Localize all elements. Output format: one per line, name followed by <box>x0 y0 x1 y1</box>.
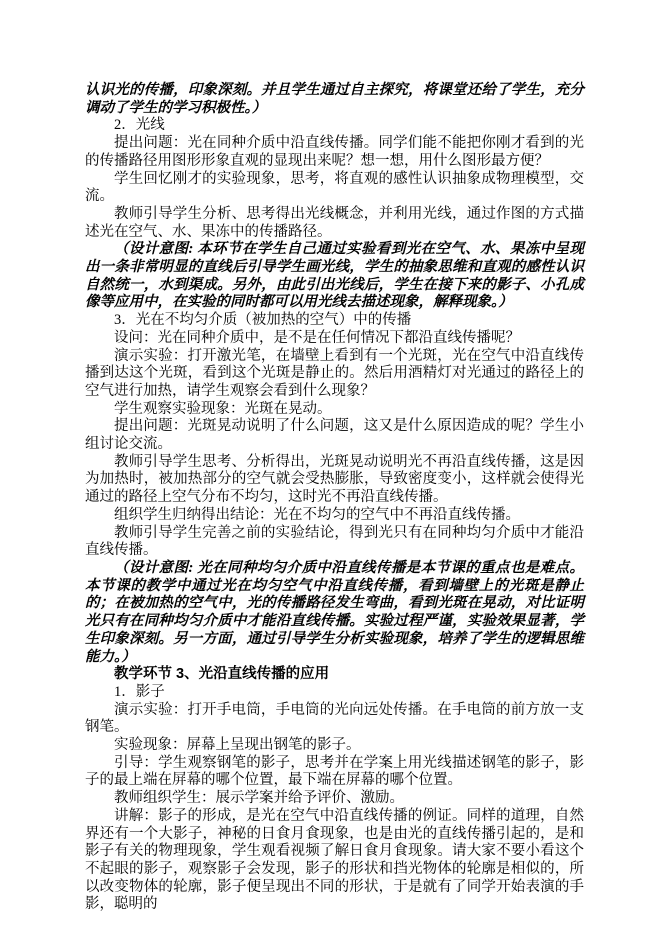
para-teacher-guide-ray-concept: 教师引导学生分析、思考得出光线概念，并利用光线，通过作图的方式描述光在空气、水、… <box>85 206 584 241</box>
para-question-always-straight: 设问：光在同种介质中，是不是在任何情况下都沿直线传播呢？ <box>85 330 584 348</box>
para-student-recall-experiment: 学生回忆刚才的实验现象，思考，将直观的感性认识抽象成物理模型，交流。 <box>85 171 584 206</box>
para-explain-shadow-eclipse: 讲解：影子的形成，是光在空气中沿直线传播的例证。同样的道理，自然界还有一个大影子… <box>85 808 584 914</box>
document-body-text: 认识光的传播，印象深刻。并且学生通过自主探究，将课堂还给了学生，充分调动了学生的… <box>85 82 584 914</box>
numbered-heading-1-shadow: 1．影子 <box>85 684 584 702</box>
section-heading-teaching-session-3: 教学环节 3、光沿直线传播的应用 <box>85 666 584 684</box>
para-conclusion-inhomogeneous-air: 组织学生归纳得出结论：光在不均匀的空气中不再沿直线传播。 <box>85 507 584 525</box>
numbered-heading-3-inhomogeneous-medium: 3．光在不均匀介质（被加热的空气）中的传播 <box>85 312 584 330</box>
para-teacher-analysis-expansion: 教师引导学生思考、分析得出，光斑晃动说明光不再沿直线传播，这是因为加热时，被加热… <box>85 454 584 507</box>
para-observation-spot-shaking: 学生观察实验现象：光斑在晃动。 <box>85 401 584 419</box>
para-refined-conclusion-homogeneous: 教师引导学生完善之前的实验结论，得到光只有在同种均匀介质中才能沿直线传播。 <box>85 525 584 560</box>
para-demo-flashlight-pen: 演示实验：打开手电筒，手电筒的光向远处传播。在手电筒的前方放一支钢笔。 <box>85 702 584 737</box>
design-intent-homogeneous-medium: （设计意图: 光在同种均匀介质中沿直线传播是本节课的重点也是难点。本节课的教学中… <box>85 560 584 666</box>
para-question-spot-shaking-cause: 提出问题：光斑晃动说明了什么问题，这又是什么原因造成的呢？学生小组讨论交流。 <box>85 418 584 453</box>
para-teacher-organize-evaluate: 教师组织学生：展示学案并给予评价、激励。 <box>85 790 584 808</box>
numbered-heading-2-light-ray: 2．光线 <box>85 117 584 135</box>
design-intent-light-ray: （设计意图: 本环节在学生自己通过实验看到光在空气、水、果冻中呈现出一条非常明显… <box>85 241 584 312</box>
document-page: 认识光的传播，印象深刻。并且学生通过自主探究，将课堂还给了学生，充分调动了学生的… <box>0 0 661 935</box>
para-guide-shadow-position: 引导：学生观察钢笔的影子，思考并在学案上用光线描述钢笔的影子，影子的最上端在屏幕… <box>85 755 584 790</box>
para-question-light-ray-diagram: 提出问题：光在同种介质中沿直线传播。同学们能不能把你刚才看到的光的传播路径用图形… <box>85 135 584 170</box>
design-intent-continuation: 认识光的传播，印象深刻。并且学生通过自主探究，将课堂还给了学生，充分调动了学生的… <box>85 82 584 117</box>
para-phenomenon-pen-shadow: 实验现象：屏幕上呈现出钢笔的影子。 <box>85 737 584 755</box>
para-demo-laser-heated-air: 演示实验：打开激光笔，在墙壁上看到有一个光斑，光在空气中沿直线传播到达这个光斑，… <box>85 348 584 401</box>
